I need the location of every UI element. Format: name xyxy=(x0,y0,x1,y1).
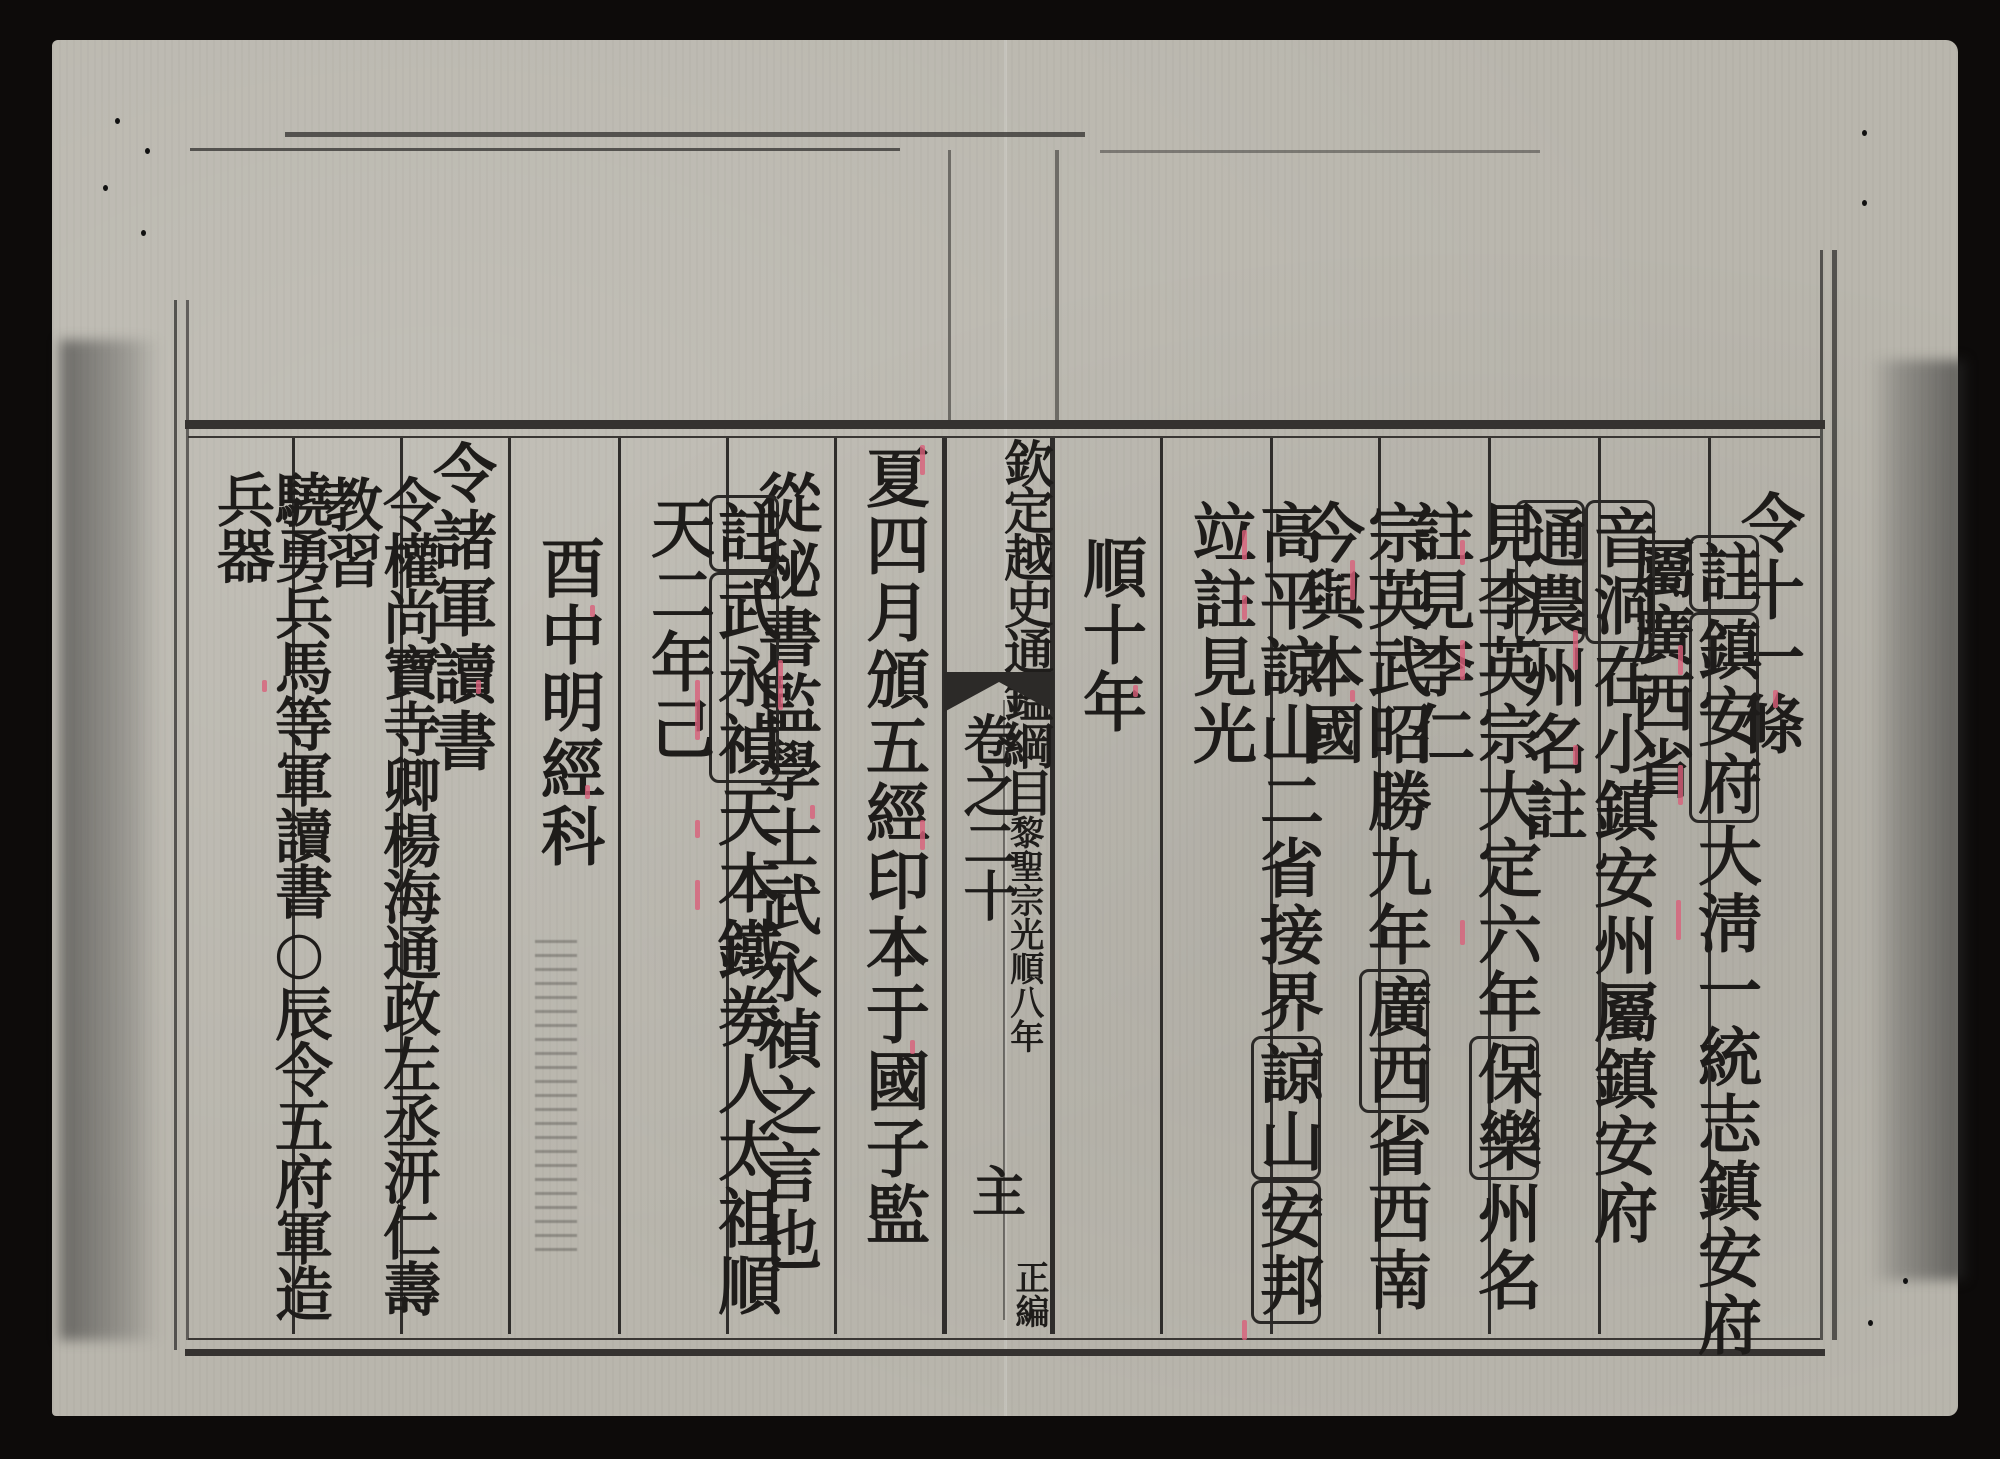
red-punctuation-mark xyxy=(1350,690,1355,702)
ghost-frame-line xyxy=(190,148,900,151)
annotation-marker-box: 註 xyxy=(709,495,779,572)
red-underline-mark xyxy=(920,820,925,850)
place-name-box: 廣西 xyxy=(1359,969,1429,1113)
column-l7: 令權尚寶寺卿楊海通政左丞汧仁壽教習 xyxy=(320,475,436,1355)
place-name: 音洞 xyxy=(1583,505,1658,639)
red-underline-mark xyxy=(1678,645,1683,675)
red-underline-mark xyxy=(1350,560,1355,600)
place-name-box: 鎮安府 xyxy=(1689,612,1759,823)
annotation-marker: 註 xyxy=(707,500,782,567)
column-r6: 高平諒山二省接界諒山安邦竝註見光 xyxy=(1187,500,1321,1380)
red-underline-mark xyxy=(1676,900,1681,940)
red-underline-mark xyxy=(778,660,783,710)
column-rule xyxy=(1160,438,1163,1334)
place-name: 鎮安府 xyxy=(1687,617,1762,818)
ghost-frame-line xyxy=(285,132,1085,137)
red-underline-mark xyxy=(1460,640,1465,680)
column-text: 順十年 xyxy=(1072,535,1147,736)
red-punctuation-mark xyxy=(1133,685,1138,697)
wormhole xyxy=(1868,1320,1873,1326)
wormhole xyxy=(1862,130,1867,136)
red-punctuation-mark xyxy=(590,605,595,617)
ghost-frame-line xyxy=(1100,150,1540,153)
column-l1: 夏四月頒五經印本于國子監 xyxy=(860,445,924,1325)
red-underline-mark xyxy=(1460,540,1465,565)
red-underline-mark xyxy=(1460,920,1465,945)
person-name-box: 武永禎 xyxy=(709,572,779,783)
column-r7: 順十年 xyxy=(1077,535,1141,1415)
red-underline-mark xyxy=(1573,745,1578,765)
wormhole xyxy=(1903,1278,1908,1284)
column-text: 夏四月頒五經印本于國子監 xyxy=(855,445,930,1249)
red-underline-mark xyxy=(695,820,700,838)
red-punctuation-mark xyxy=(1773,690,1778,708)
column-text: 在小鎮安州屬鎮安府 xyxy=(1583,644,1658,1247)
edge-ink-smudge-left xyxy=(60,340,160,1340)
column-rule xyxy=(508,438,511,1334)
wormhole xyxy=(145,148,150,154)
column-text: 酉中明經科 xyxy=(530,535,605,870)
column-rule xyxy=(834,438,837,1334)
edition-label: 正編 xyxy=(1005,1260,1054,1328)
frame-outer-right xyxy=(1832,250,1837,1340)
wormhole xyxy=(115,118,120,124)
red-underline-mark xyxy=(1242,530,1247,560)
reign-label: 黎聖宗光順八年 xyxy=(1005,815,1041,1053)
column-l3: 註武永禎天本鐵劵人太祖順天二年己 xyxy=(645,495,779,1375)
annotation-marker: 註 xyxy=(1687,540,1762,607)
red-underline-mark xyxy=(1573,630,1578,670)
column-rule xyxy=(618,438,621,1334)
place-name: 廣西 xyxy=(1357,974,1432,1108)
spine-rule-left xyxy=(942,438,947,1334)
frame-outer-left xyxy=(174,300,177,1350)
place-name-box: 音洞 xyxy=(1585,500,1655,644)
edge-ink-smudge-right xyxy=(1870,360,1965,1280)
person-name: 武永禎 xyxy=(707,577,782,778)
red-punctuation-mark xyxy=(262,680,267,692)
column-l5: 酉中明經科 xyxy=(535,535,599,1415)
wormhole xyxy=(103,185,108,191)
column-text: 驍勇兵馬等軍讀書○辰令五府軍造兵器 xyxy=(207,470,333,1320)
column-text: 見李英宗大定六年 xyxy=(1467,500,1542,1036)
page-number: 主 xyxy=(972,1150,1026,1227)
column-text: 高平諒山二省接界 xyxy=(1249,500,1324,1036)
red-underline-mark xyxy=(695,680,700,740)
red-punctuation-mark xyxy=(585,785,590,799)
red-punctuation-mark xyxy=(910,1040,915,1054)
place-name: 安邦 xyxy=(1249,1185,1324,1319)
column-text: 宗英武昭勝九年 xyxy=(1357,500,1432,969)
place-name-box: 諒山 xyxy=(1251,1036,1321,1180)
wormhole xyxy=(141,230,146,236)
wormhole xyxy=(1862,200,1867,206)
place-name: 保樂 xyxy=(1467,1041,1542,1175)
red-underline-mark xyxy=(1242,1320,1247,1340)
place-name-box: 保樂 xyxy=(1469,1036,1539,1180)
annotation-marker-box: 註 xyxy=(1689,535,1759,612)
place-name-box: 安邦 xyxy=(1251,1180,1321,1324)
red-underline-mark xyxy=(920,445,925,475)
red-underline-mark xyxy=(1678,765,1683,805)
red-underline-mark xyxy=(695,880,700,910)
ghost-frame-line xyxy=(1055,150,1059,420)
place-name: 諒山 xyxy=(1249,1041,1324,1175)
red-underline-mark xyxy=(1242,595,1247,620)
ghost-frame-line xyxy=(948,150,951,420)
red-punctuation-mark xyxy=(476,680,481,694)
column-text: 令權尚寶寺卿楊海通政左丞汧仁壽教習 xyxy=(315,475,441,1315)
red-punctuation-mark xyxy=(810,805,815,819)
column-l8: 驍勇兵馬等軍讀書○辰令五府軍造兵器 xyxy=(212,470,328,1350)
